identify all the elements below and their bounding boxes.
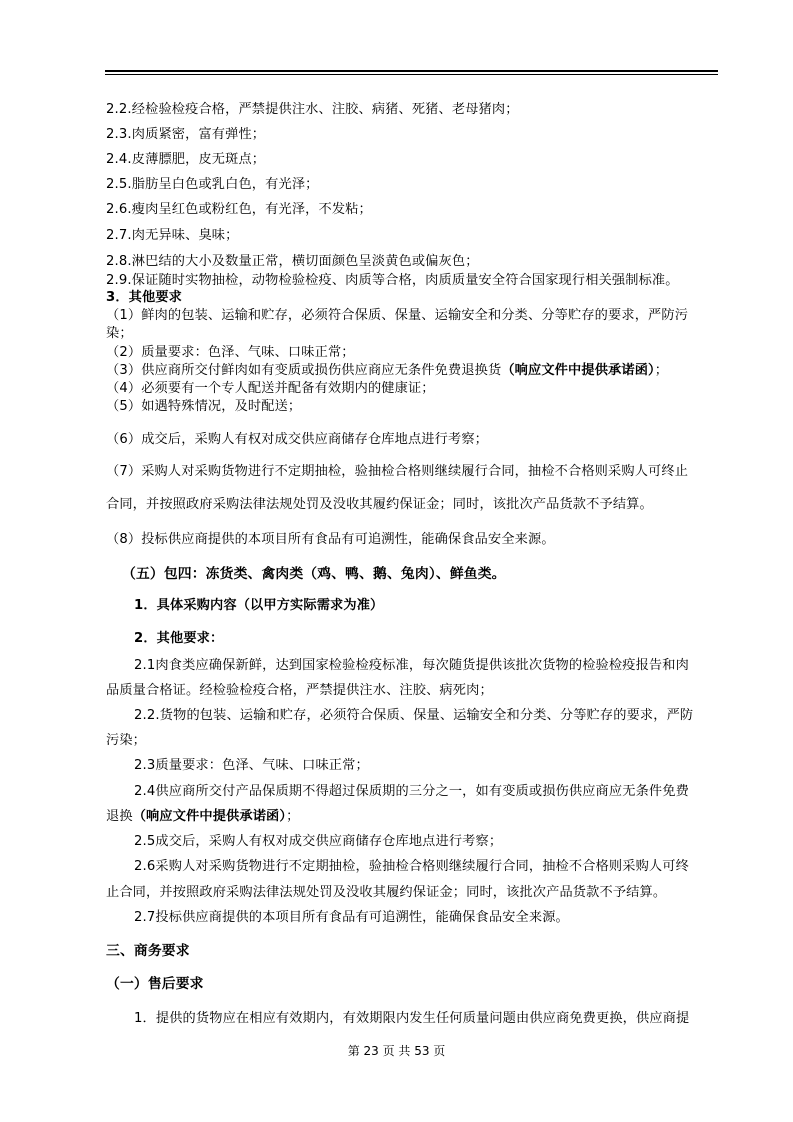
pkg4-item-2-3: 2.3质量要求：色泽、气味、口味正常； <box>134 757 369 775</box>
pkg4-item-2-4: 2.4供应商所交付产品保质期不得超过保质期的三分之一，如有变质或损伤供应商应无条… <box>134 783 689 801</box>
item-2-4: 2.4.皮薄膘肥，皮无斑点； <box>106 151 265 169</box>
pkg4-item-2-4-cont: 退换（响应文件中提供承诺函）； <box>106 808 299 826</box>
business-requirements-heading: 三、商务要求 <box>106 942 190 960</box>
pkg4-item-2-7: 2.7投标供应商提供的本项目所有食品有可追溯性，能确保食品安全来源。 <box>134 909 569 927</box>
page-footer: 第 23 页 共 53 页 <box>0 1043 793 1059</box>
package-four-other-req-heading: 2．其他要求： <box>134 630 223 648</box>
other-req-3-emphasis: （响应文件中提供承诺函） <box>501 363 654 378</box>
pkg4-item-2-2-cont: 污染； <box>106 732 146 750</box>
pkg4-item-2-4-end: ； <box>286 809 299 824</box>
item-2-9: 2.9.保证随时实物抽检，动物检验检疫、肉质等合格，肉质质量安全符合国家现行相关… <box>106 272 679 290</box>
other-req-1: （1）鲜肉的包装、运输和贮存，必须符合保质、保量、运输安全和分类、分等贮存的要求… <box>106 307 688 325</box>
item-2-2: 2.2.经检验检疫合格，严禁提供注水、注胶、病猪、死猪、老母猪肉； <box>106 101 519 119</box>
other-req-7-cont: 合同，并按照政府采购法律法规处罚及没收其履约保证金；同时，该批次产品货款不予结算… <box>106 496 653 514</box>
other-req-7: （7）采购人对采购货物进行不定期抽检，验抽检合格则继续履行合同，抽检不合格则采购… <box>106 463 688 481</box>
item-2-8: 2.8.淋巴结的大小及数量正常，横切面颜色呈淡黄色或偏灰色； <box>106 253 479 271</box>
other-req-4: （4）必须要有一个专人配送并配备有效期内的健康证； <box>106 380 435 398</box>
item-2-3: 2.3.肉质紧密，富有弹性； <box>106 126 265 144</box>
after-sales-heading: （一）售后要求 <box>106 975 204 993</box>
other-req-3-end: ； <box>655 363 668 378</box>
after-sales-item-1: 1．提供的货物应在相应有效期内，有效期限内发生任何质量问题由供应商免费更换，供应… <box>134 1010 689 1028</box>
pkg4-item-2-6-cont: 止合同，并按照政府采购法律法规处罚及没收其履约保证金；同时，该批次产品货款不予结… <box>106 884 666 902</box>
item-2-6: 2.6.瘦肉呈红色或粉红色，有光泽，不发粘； <box>106 201 372 219</box>
item-2-5: 2.5.脂肪呈白色或乳白色，有光泽； <box>106 176 319 194</box>
pkg4-item-2-2: 2.2.货物的包装、运输和贮存，必须符合保质、保量、运输安全和分类、分等贮存的要… <box>134 707 693 725</box>
pkg4-item-2-1: 2.1肉食类应确保新鲜，达到国家检验检疫标准，每次随货提供该批次货物的检验检疫报… <box>134 657 689 675</box>
pkg4-item-2-1-cont: 品质量合格证。经检验检疫合格，严禁提供注水、注胶、病死肉； <box>106 682 493 700</box>
header-rule-thick <box>105 70 718 72</box>
package-four-procurement-heading: 1．具体采购内容（以甲方实际需求为准） <box>134 597 383 615</box>
other-req-1-cont: 染； <box>106 325 133 343</box>
other-req-5: （5）如遇特殊情况，及时配送； <box>106 398 301 416</box>
other-req-8: （8）投标供应商提供的本项目所有食品有可追溯性，能确保食品安全来源。 <box>106 531 555 549</box>
section-heading-other-requirements: 3．其他要求 <box>106 289 182 307</box>
pkg4-item-2-4-emphasis: （响应文件中提供承诺函） <box>133 809 286 824</box>
pkg4-item-2-5: 2.5成交后，采购人有权对成交供应商储存仓库地点进行考察； <box>134 833 502 851</box>
pkg4-item-2-4-text: 退换 <box>106 809 133 824</box>
package-four-heading: （五）包四：冻货类、禽肉类（鸡、鸭、鹅、兔肉）、鲜鱼类。 <box>122 565 506 583</box>
header-rule-thin <box>105 74 718 75</box>
other-req-3: （3）供应商所交付鲜肉如有变质或损伤供应商应无条件免费退换货（响应文件中提供承诺… <box>106 362 668 380</box>
item-2-7: 2.7.肉无异味、臭味； <box>106 227 238 245</box>
other-req-6: （6）成交后，采购人有权对成交供应商储存仓库地点进行考察； <box>106 431 488 449</box>
other-req-3-text: （3）供应商所交付鲜肉如有变质或损伤供应商应无条件免费退换货 <box>106 363 501 378</box>
other-req-2: （2）质量要求：色泽、气味、口味正常； <box>106 344 355 362</box>
pkg4-item-2-6: 2.6采购人对采购货物进行不定期抽检，验抽检合格则继续履行合同，抽检不合格则采购… <box>134 858 689 876</box>
